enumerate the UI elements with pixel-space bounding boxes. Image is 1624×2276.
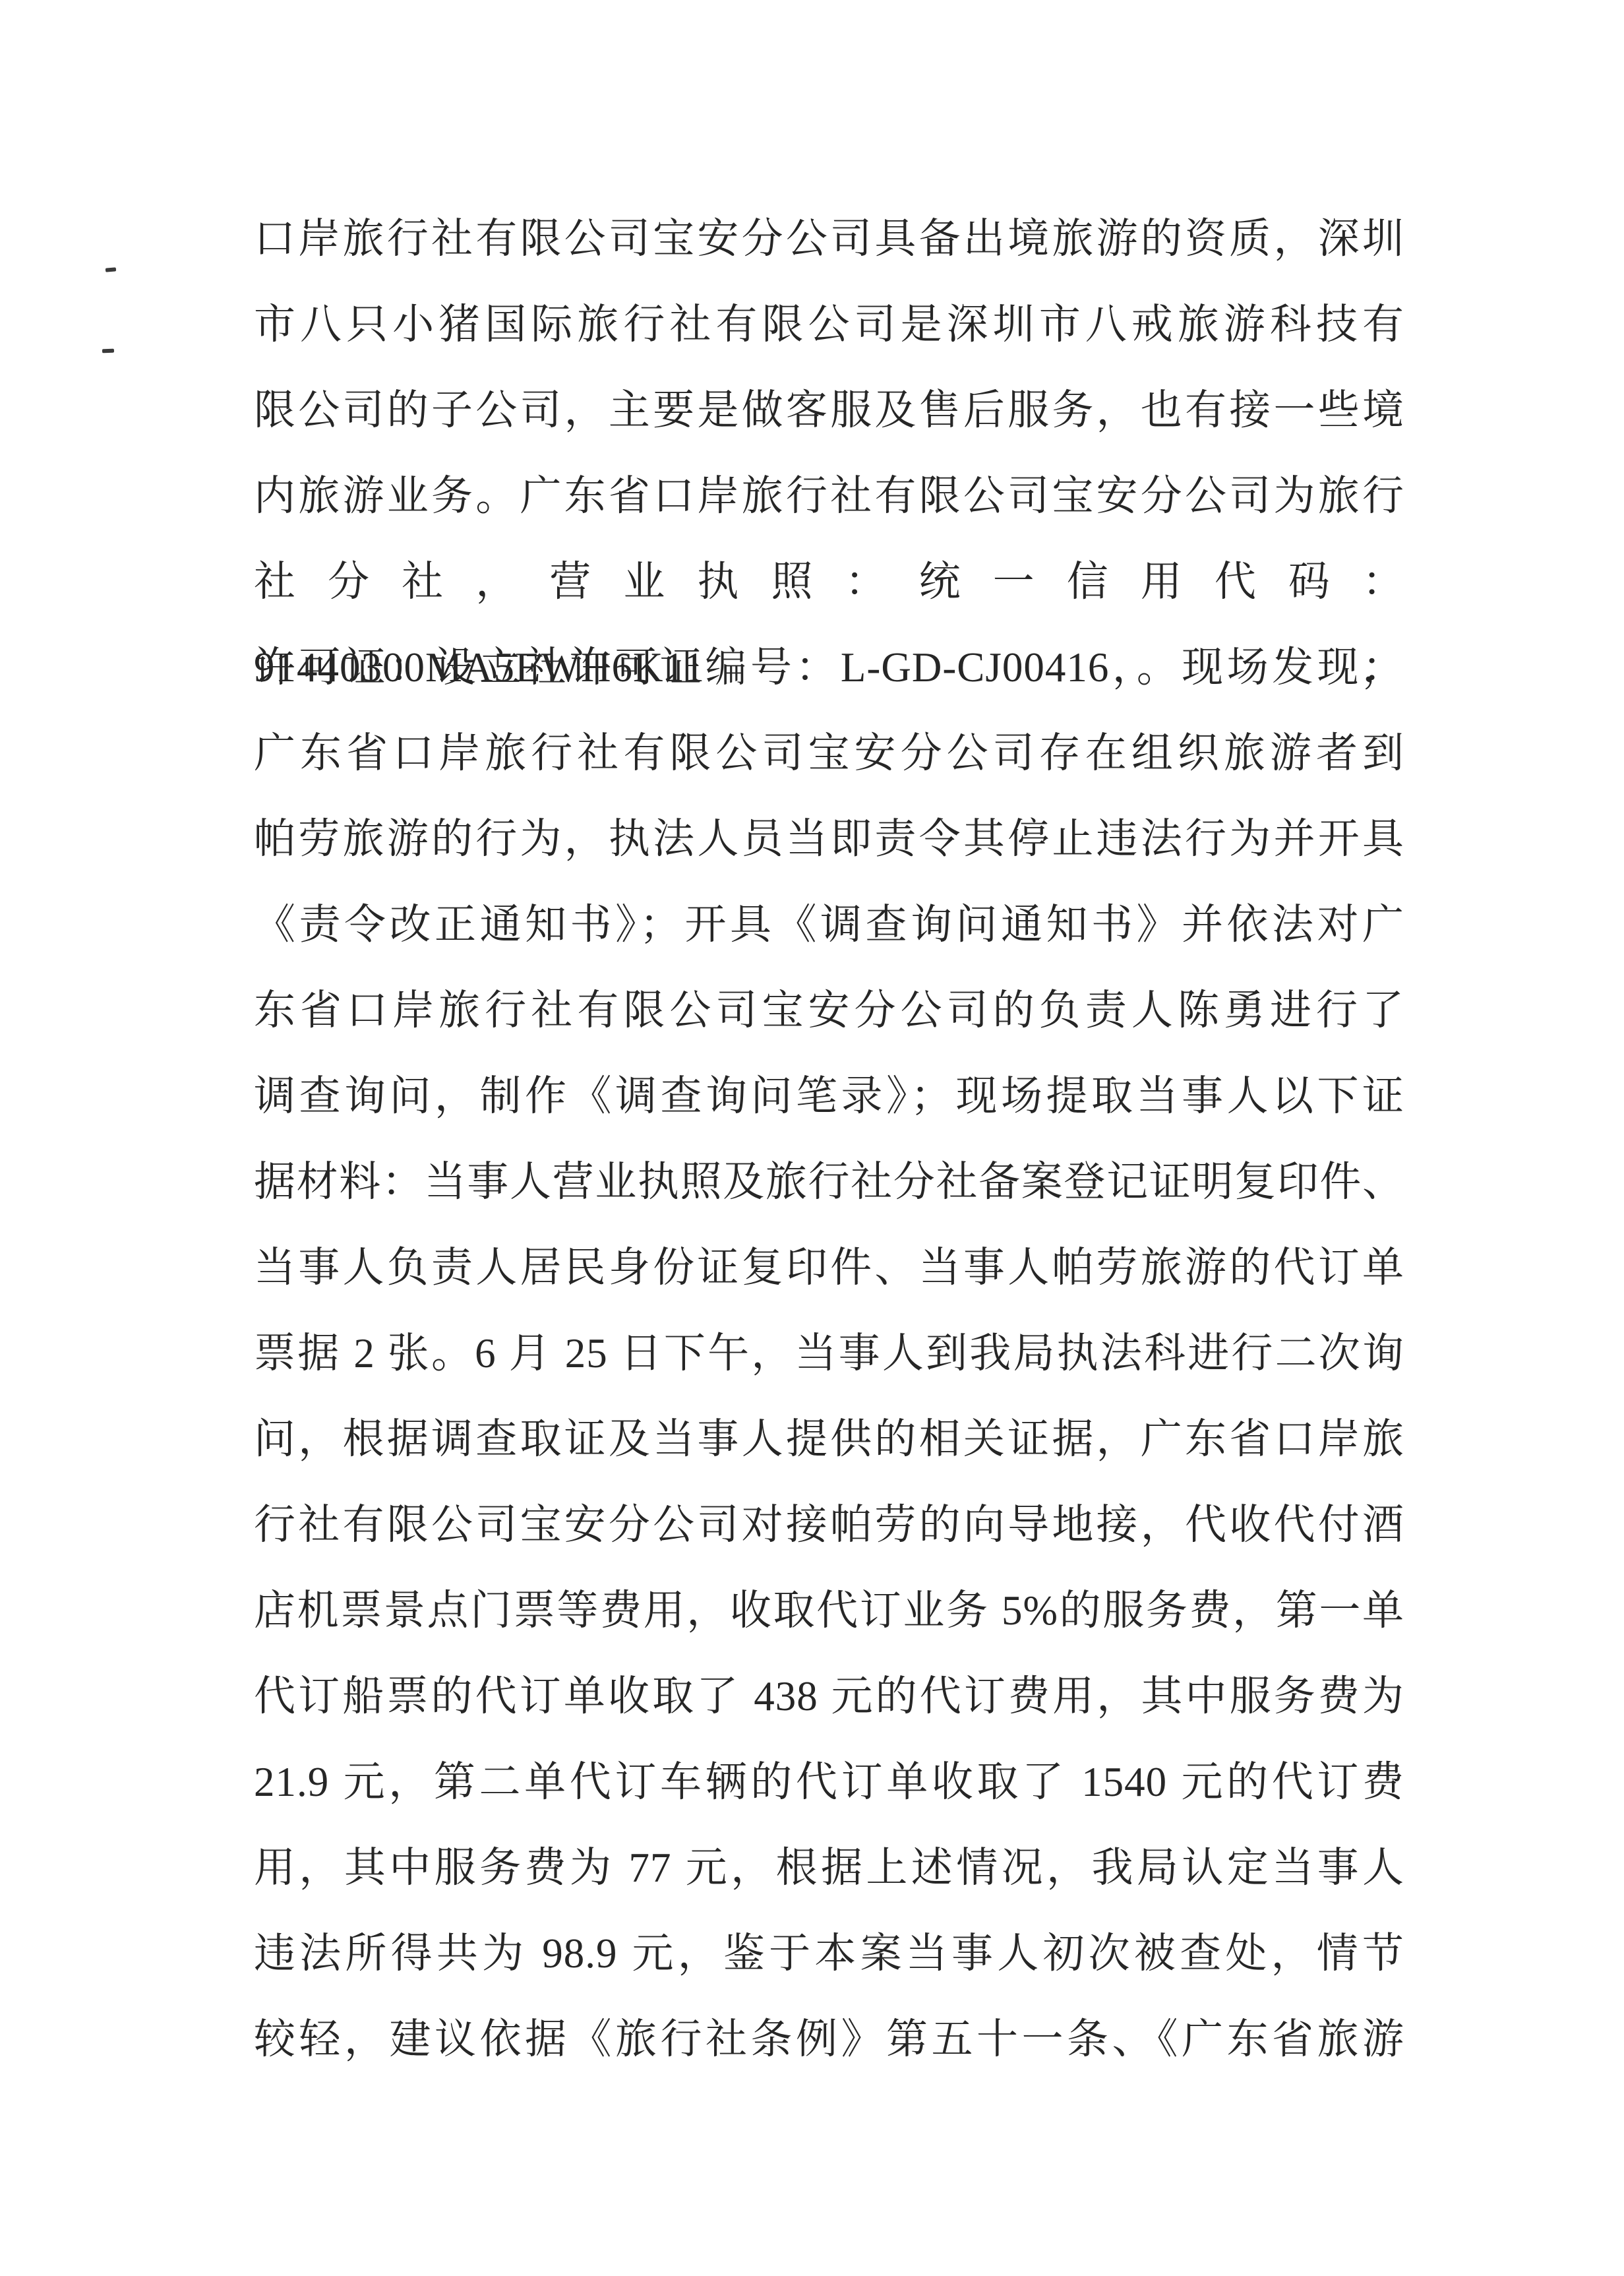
text-line: 据材料：当事人营业执照及旅行社分社备案登记证明复印件、: [254, 1139, 1404, 1225]
text-line: 内旅游业务。广东省口岸旅行社有限公司宝安分公司为旅行: [254, 453, 1404, 539]
text-line: 店机票景点门票等费用，收取代订业务 5%的服务费，第一单: [254, 1568, 1404, 1653]
text-line: 问，根据调查取证及当事人提供的相关证据，广东省口岸旅: [254, 1396, 1404, 1482]
text-line: 广东省口岸旅行社有限公司宝安分公司存在组织旅游者到: [254, 710, 1404, 796]
body-text: 口岸旅行社有限公司宝安分公司具备出境旅游的资质，深圳 市八只小猪国际旅行社有限公…: [254, 196, 1404, 2082]
text-line: 市八只小猪国际旅行社有限公司是深圳市八戒旅游科技有: [254, 282, 1404, 367]
text-line: 口岸旅行社有限公司宝安分公司具备出境旅游的资质，深圳: [254, 196, 1404, 282]
margin-pen-mark: [105, 267, 116, 272]
text-line: 违法所得共为 98.9 元，鉴于本案当事人初次被查处，情节: [254, 1911, 1404, 1996]
text-line: 21.9 元，第二单代订车辆的代订单收取了 1540 元的代订费: [254, 1739, 1404, 1825]
text-line: 行社有限公司宝安分公司对接帕劳的向导地接，代收代付酒: [254, 1482, 1404, 1568]
text-line: 社分社，营业执照：统一信用代码：91440300MA5EWH6K11，: [254, 539, 1404, 625]
margin-pen-mark: [102, 349, 114, 354]
text-line: 代订船票的代订单收取了 438 元的代订费用，其中服务费为: [254, 1653, 1404, 1739]
text-line: 较轻，建议依据《旅行社条例》第五十一条、《广东省旅游: [254, 1996, 1404, 2082]
text-line: 东省口岸旅行社有限公司宝安分公司的负责人陈勇进行了: [254, 968, 1404, 1053]
text-line: 许可证：设立社许可证编号：L-GD-CJ00416，。现场发现：: [254, 625, 1404, 710]
text-line: 当事人负责人居民身份证复印件、当事人帕劳旅游的代订单: [254, 1225, 1404, 1310]
text-line: 调查询问，制作《调查询问笔录》；现场提取当事人以下证: [254, 1053, 1404, 1139]
text-line: 帕劳旅游的行为，执法人员当即责令其停止违法行为并开具: [254, 796, 1404, 882]
text-line: 限公司的子公司，主要是做客服及售后服务，也有接一些境: [254, 367, 1404, 453]
document-page: 口岸旅行社有限公司宝安分公司具备出境旅游的资质，深圳 市八只小猪国际旅行社有限公…: [0, 0, 1624, 2276]
text-line: 用，其中服务费为 77 元，根据上述情况，我局认定当事人: [254, 1825, 1404, 1911]
text-line: 票据 2 张。6 月 25 日下午，当事人到我局执法科进行二次询: [254, 1310, 1404, 1396]
text-line: 《责令改正通知书》；开具《调查询问通知书》并依法对广: [254, 882, 1404, 968]
